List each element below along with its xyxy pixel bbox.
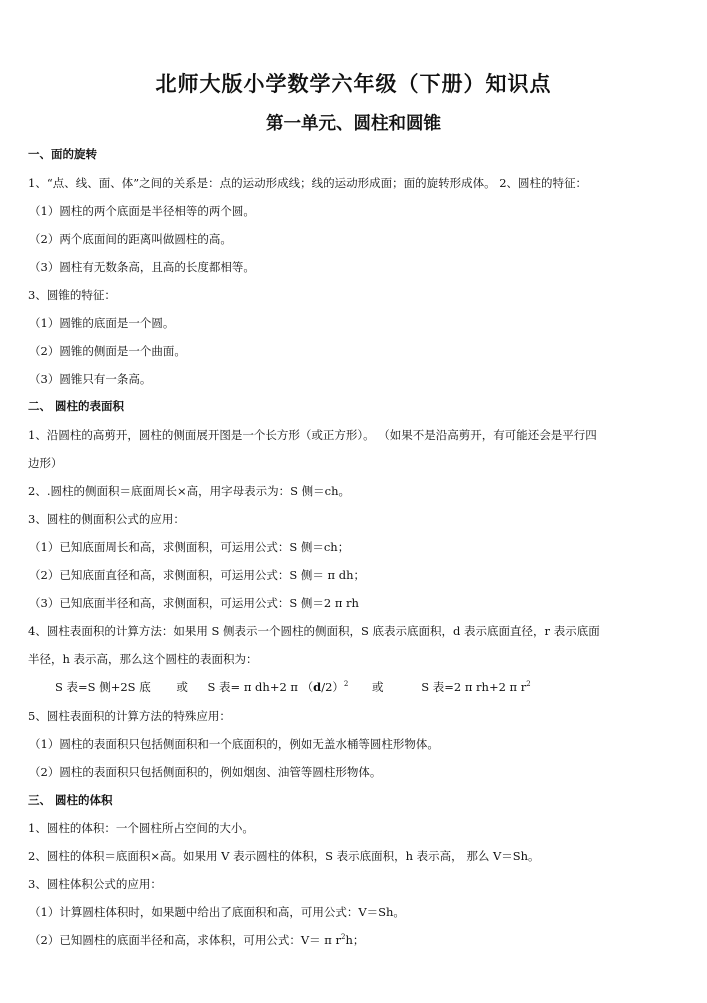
paragraph: 边形） [28,456,63,470]
or-text: 或 [372,680,384,694]
paragraph: 2、圆柱的体积＝底面积×高。如果用 V 表示圆柱的体积，S 表示底面积，h 表示… [28,849,540,863]
formula-1: S 表=S 侧+2S 底 [55,680,151,694]
surface-area-formulas: S 表=S 侧+2S 底 或 S 表= π dh+2 π （d/2）2 或 S … [55,680,531,694]
paragraph: 2、.圆柱的侧面积＝底面周长×高，用字母表示为：S 侧＝ch。 [28,484,350,498]
paragraph: （2）已知圆柱的底面半径和高，求体积，可用公式：V＝ π r2h； [29,933,364,947]
document-title: 北师大版小学数学六年级（下册）知识点 [0,68,707,98]
paragraph: （1）计算圆柱体积时，如果题中给出了底面积和高，可用公式：V＝Sh。 [29,905,405,919]
formula-3: S 表=2 π rh+2 π r2 [421,680,531,694]
paragraph: （2）已知底面直径和高，求侧面积，可运用公式：S 侧＝ π dh； [29,568,365,582]
paragraph: 半径，h 表示高，那么这个圆柱的表面积为： [28,652,258,666]
paragraph: 1、沿圆柱的高剪开，圆柱的侧面展开图是一个长方形（或正方形）。 （如果不是沿高剪… [28,428,597,442]
paragraph: 3、圆柱体积公式的应用： [28,877,162,891]
paragraph: 3、圆柱的侧面积公式的应用： [28,512,185,526]
paragraph: （1）圆锥的底面是一个圆。 [29,316,174,330]
document-page: 北师大版小学数学六年级（下册）知识点 第一单元、圆柱和圆锥 一、面的旋转 1、“… [0,0,707,1003]
section-heading-1: 一、面的旋转 [28,147,97,161]
paragraph: （3）圆柱有无数条高，且高的长度都相等。 [29,260,255,274]
unit-title: 第一单元、圆柱和圆锥 [0,110,707,135]
paragraph: 5、圆柱表面积的计算方法的特殊应用： [28,709,231,723]
paragraph: （2）圆柱的表面积只包括侧面积的，例如烟囱、油管等圆柱形物体。 [29,765,381,779]
paragraph: 1、“点、线、面、体”之间的关系是：点的运动形成线；线的运动形成面；面的旋转形成… [28,176,587,190]
paragraph: （2）两个底面间的距离叫做圆柱的高。 [29,232,232,246]
paragraph: （1）圆柱的表面积只包括侧面积和一个底面积的，例如无盖水桶等圆柱形物体。 [29,737,439,751]
paragraph: 1、圆柱的体积：一个圆柱所占空间的大小。 [28,821,254,835]
paragraph: 3、圆锥的特征： [28,288,116,302]
section-heading-2: 二、 圆柱的表面积 [28,399,124,413]
paragraph: （1）圆柱的两个底面是半径相等的两个圆。 [29,204,255,218]
paragraph: （2）圆锥的侧面是一个曲面。 [29,344,186,358]
paragraph: （3）已知底面半径和高，求侧面积，可运用公式：S 侧＝2 π rh [29,596,359,610]
paragraph: （3）圆锥只有一条高。 [29,372,151,386]
paragraph: （1）已知底面周长和高，求侧面积，可运用公式：S 侧＝ch； [29,540,349,554]
or-text: 或 [176,680,188,694]
formula-2: S 表= π dh+2 π （d/2）2 [208,680,349,694]
paragraph: 4、圆柱表面积的计算方法：如果用 S 侧表示一个圆柱的侧面积，S 底表示底面积，… [28,624,600,638]
section-heading-3: 三、 圆柱的体积 [28,793,113,807]
